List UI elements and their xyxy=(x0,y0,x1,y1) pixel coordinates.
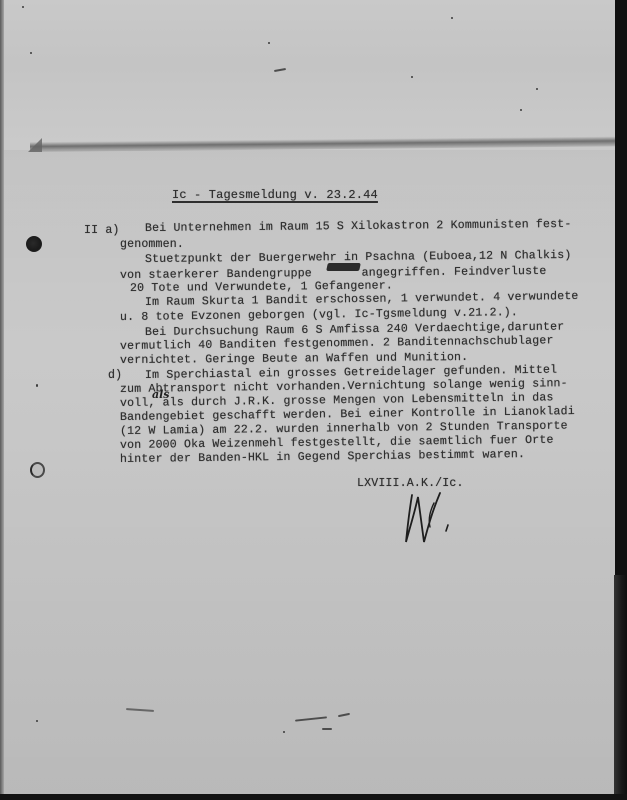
signature-icon xyxy=(400,487,470,547)
ink-smudge xyxy=(274,68,286,72)
page-fold-corner xyxy=(28,138,42,152)
dust-speck xyxy=(536,88,538,90)
scan-border-bottom xyxy=(0,794,627,800)
dust-speck xyxy=(268,42,270,44)
document-title: Ic - Tagesmeldung v. 23.2.44 xyxy=(172,188,378,202)
ink-smudge xyxy=(322,728,332,730)
scan-border-right-lower xyxy=(614,575,627,800)
punch-hole-icon xyxy=(30,462,45,478)
redaction-mark xyxy=(326,263,361,271)
scan-border-right xyxy=(615,0,627,575)
dust-speck xyxy=(411,76,413,78)
dust-speck xyxy=(36,720,38,722)
dust-speck xyxy=(22,6,24,8)
dust-speck xyxy=(451,17,453,19)
text-line: genommen. xyxy=(120,238,184,251)
scan-border-left xyxy=(0,0,4,800)
dust-speck xyxy=(283,731,285,733)
dust-speck xyxy=(36,384,38,387)
punch-hole-icon xyxy=(26,236,42,252)
dust-speck xyxy=(520,109,522,111)
dust-speck xyxy=(30,52,32,54)
section-label: II a) xyxy=(84,224,120,237)
page-body xyxy=(4,150,615,796)
document-page: Ic - Tagesmeldung v. 23.2.44 II a) Bei U… xyxy=(0,0,616,796)
handwritten-insertion: als xyxy=(152,388,170,401)
subsection-label: d) xyxy=(108,369,122,382)
